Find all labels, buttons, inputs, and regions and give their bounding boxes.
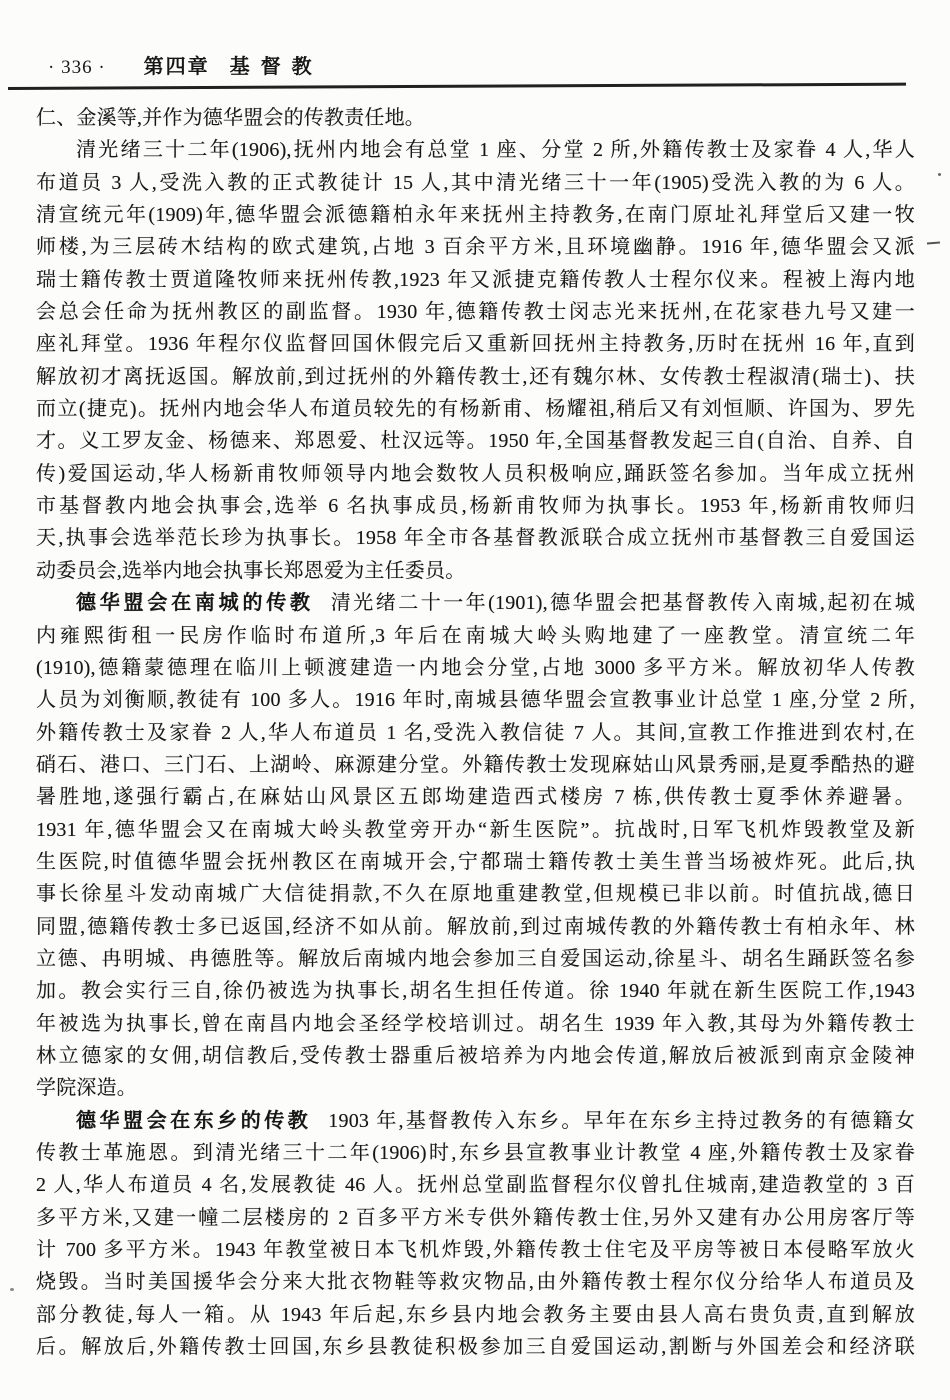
text-line: 德华盟会在南城的传教清光绪二十一年(1901),德华盟会把基督教传入南城,起初在…: [36, 587, 915, 619]
text-line: 暑胜地,遂强行霸占,在麻姑山风景区五郎坳建造西式楼房 7 栋,供传教士夏季休养避…: [36, 781, 915, 813]
scan-artifact: [927, 242, 940, 245]
text-line: 布道员 3 人,受洗入教的正式教徒计 15 人,其中清光绪三十一年(1905)受…: [36, 167, 915, 199]
text-line: 传)爱国运动,华人杨新甫牧师领导内地会数牧人员积极响应,踊跃签名参加。当年成立抚…: [36, 458, 915, 490]
text-line: 计 700 多平方米。1943 年教堂被日本飞机炸毁,外籍传教士住宅及平房等被日…: [36, 1234, 915, 1266]
text-line: 生医院,时值德华盟会抚州教区在南城开会,宁都瑞士籍传教士美生普当场被炸死。此后,…: [36, 846, 915, 878]
text-line: 部分教徒,每人一箱。从 1943 年后起,东乡县内地会教务主要由县人高右贵负责,…: [36, 1299, 915, 1331]
text-line: 内雍熙街租一民房作临时布道所,3 年后在南城大岭头购地建了一座教堂。清宣统二年: [36, 620, 915, 652]
text-line: 多平方米,又建一幢二层楼房的 2 百多平方米专供外籍传教士住,另外又建有办公用房…: [36, 1202, 915, 1234]
page-body: 仁、金溪等,并作为德华盟会的传教责任地。清光绪三十二年(1906),抚州内地会有…: [36, 102, 915, 1363]
text-line: 年被选为执事长,曾在南昌内地会圣经学校培训过。胡名生 1939 年入教,其母为外…: [36, 1008, 915, 1040]
scanned-page: · 336 · 第四章 基督教 仁、金溪等,并作为德华盟会的传教责任地。清光绪三…: [0, 0, 950, 1400]
text-line: 才。义工罗友金、杨德来、郑恩爱、杜汉远等。1950 年,全国基督教发起三自(自治…: [36, 425, 915, 457]
text-line: 硝石、港口、三门石、上湖岭、麻源建分堂。外籍传教士发现麻姑山风景秀丽,是夏季酷热…: [36, 749, 915, 781]
text-line: 座礼拜堂。1936 年程尔仪监督回国休假完后又重新回抚州主持教务,历时在抚州 1…: [36, 328, 915, 360]
header-divider: [8, 83, 906, 90]
text-line: 林立德家的女佣,胡信教后,受传教士器重后被培养为内地会传道,解放后被派到南京金陵…: [36, 1040, 915, 1072]
text-line: 天,执事会选举范长珍为执事长。1958 年全市各基督教派联合成立抚州市基督教三自…: [36, 522, 915, 554]
text-line: 市基督教内地会执事会,选举 6 名执事成员,杨新甫牧师为执事长。1953 年,杨…: [36, 490, 915, 522]
paragraph-heading: 德华盟会在东乡的传教: [76, 1110, 311, 1132]
text-line: 清宣统元年(1909)年,德华盟会派德籍柏永年来抚州主持教务,在南门原址礼拜堂后…: [36, 199, 915, 231]
text-line: 仁、金溪等,并作为德华盟会的传教责任地。: [36, 102, 915, 134]
page-number: · 336 ·: [48, 57, 106, 79]
text-line: 2 人,华人布道员 4 名,发展教徒 46 人。抚州总堂副监督程尔仪曾扎住城南,…: [36, 1169, 915, 1201]
text-line: 学院深造。: [36, 1072, 915, 1104]
text-line: 而立(捷克)。抚州内地会华人布道员较先的有杨新甫、杨耀祖,稍后又有刘恒顺、许国为…: [36, 393, 915, 425]
paragraph-heading: 德华盟会在南城的传教: [76, 592, 314, 614]
text-line: 清光绪三十二年(1906),抚州内地会有总堂 1 座、分堂 2 所,外籍传教士及…: [36, 134, 915, 166]
text-line: (1910),德籍蒙德理在临川上顿渡建造一内地会分堂,占地 3000 多平方米。…: [36, 652, 915, 684]
scan-artifact: [938, 173, 941, 176]
chapter-label: 第四章: [144, 50, 210, 79]
scan-artifact: [10, 1288, 14, 1291]
text-line: 1931 年,德华盟会又在南城大岭头教堂旁开办“新生医院”。抗战时,日军飞机炸毁…: [36, 814, 915, 846]
text-line: 师楼,为三层砖木结构的欧式建筑,占地 3 百余平方米,且环境幽静。1916 年,…: [36, 231, 915, 263]
text-line: 外籍传教士及家眷 2 人,华人布道员 1 名,受洗入教信徒 7 人。其间,宣教工…: [36, 717, 915, 749]
text-line: 解放初才离抚返国。解放前,到过抚州的外籍传教士,还有魏尔林、女传教士程淑清(瑞士…: [36, 361, 915, 393]
text-line: 瑞士籍传教士贾道隆牧师来抚州传教,1923 年又派捷克籍传教人士程尔仪来。程被上…: [36, 264, 915, 296]
text-line: 传教士革施恩。到清光绪三十二年(1906)时,东乡县宣教事业计教堂 4 座,外籍…: [36, 1137, 915, 1169]
text-line: 同盟,德籍传教士多已返国,经济不如从前。解放前,到过南城传教的外籍传教士有柏永年…: [36, 911, 915, 943]
text-line: 动委员会,选举内地会执事长郑恩爱为主任委员。: [36, 555, 915, 587]
text-line: 人员为刘衡顺,教徒有 100 多人。1916 年时,南城县德华盟会宣教事业计总堂…: [36, 684, 915, 716]
text-line: 会总会任命为抚州教区的副监督。1930 年,德籍传教士闵志光来抚州,在花家巷九号…: [36, 296, 915, 328]
text-line: 立德、冉明城、冉德胜等。解放后南城内地会参加三自爱国运动,徐星斗、胡名生踊跃签名…: [36, 943, 915, 975]
text-line: 加。教会实行三自,徐仍被选为执事长,胡名生担任传道。徐 1940 年就在新生医院…: [36, 975, 915, 1007]
text-line: 德华盟会在东乡的传教1903 年,基督教传入东乡。早年在东乡主持过教务的有德籍女: [36, 1105, 915, 1137]
text-line: 烧毁。当时美国援华会分来大批衣物鞋等救灾物品,由外籍传教士程尔仪分给华人布道员及: [36, 1266, 915, 1298]
running-head: · 336 · 第四章 基督教: [48, 50, 910, 79]
text-line: 事长徐星斗发动南城广大信徒捐款,不久在原地重建教堂,但规模已非以前。时值抗战,德…: [36, 878, 915, 910]
text-line: 后。解放后,外籍传教士回国,东乡县教徒积极参加三自爱国运动,割断与外国差会和经济…: [36, 1331, 915, 1363]
section-title: 基督教: [230, 50, 323, 79]
